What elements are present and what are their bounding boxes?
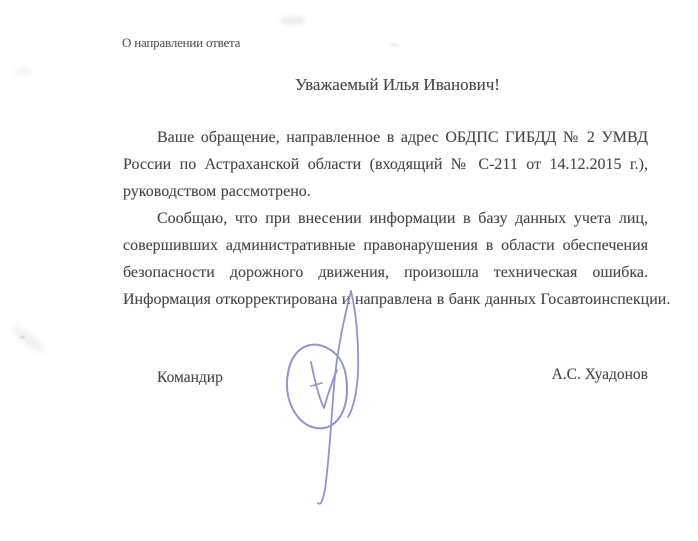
signature-stroke [287,345,347,429]
signature-stroke [311,383,322,386]
body-line: совершивших административные правонаруше… [123,232,648,259]
body-line: безопасности дорожного движения, произош… [123,259,648,286]
body-line: России по Астраханской области (входящий… [123,151,648,178]
scanned-letter-page: О направлении ответа Уважаемый Илья Иван… [0,0,698,541]
letter-body: Ваше обращение, направленное в адрес ОБД… [123,124,648,313]
signature-stroke [311,362,337,408]
signature-stroke [318,291,351,504]
body-line: руководством рассмотрено. [123,178,648,205]
body-line: Информация откорректирована и направлена… [123,286,648,313]
letter-greeting: Уважаемый Илья Иванович! [123,74,648,96]
scan-smudge [14,66,32,76]
body-line: Ваше обращение, направленное в адрес ОБД… [123,124,648,151]
signer-title: Командир [157,368,223,388]
scan-smudge [9,322,48,356]
signer-name: А.С. Хуадонов [552,365,648,385]
scan-smudge [390,44,399,46]
scan-smudge [280,16,306,25]
letter-subject: О направлении ответа [122,35,240,51]
scan-smudge [20,336,25,339]
body-line: Сообщаю, что при внесении информации в б… [123,205,648,232]
